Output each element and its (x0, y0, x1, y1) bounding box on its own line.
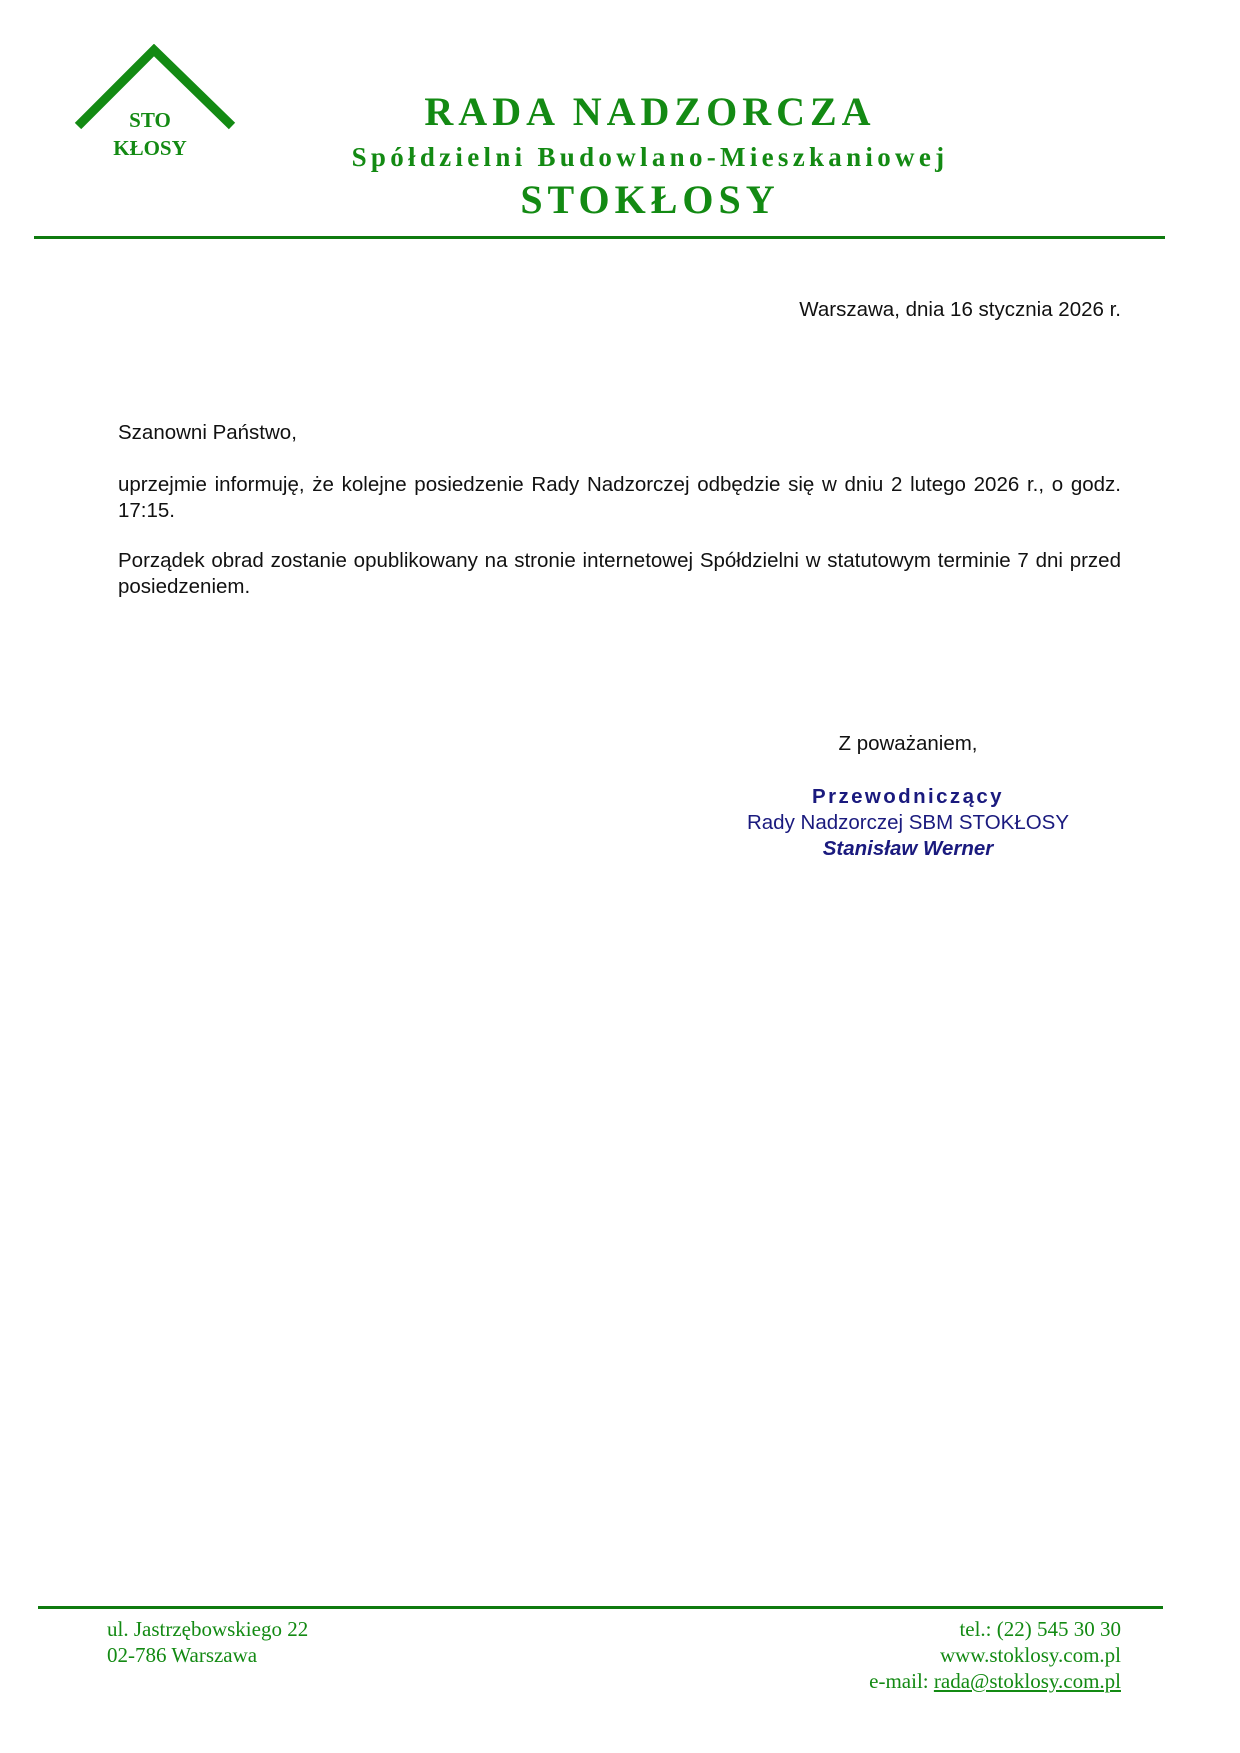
footer-email-label: e-mail: (869, 1669, 934, 1693)
header-divider (34, 236, 1165, 239)
footer-address-street: ul. Jastrzębowskiego 22 (107, 1616, 308, 1642)
letter-page: STO KŁOSY RADA NADZORCZA Spółdzielni Bud… (0, 0, 1240, 1753)
header-subtitle: Spółdzielni Budowlano-Mieszkaniowej (0, 140, 1240, 174)
header-organization-name: STOKŁOSY (0, 176, 1240, 224)
footer-address-city: 02-786 Warszawa (107, 1642, 308, 1668)
footer-contact: tel.: (22) 545 30 30 www.stoklosy.com.pl… (869, 1616, 1121, 1694)
letter-paragraph-1: uprzejmie informuję, że kolejne posiedze… (118, 472, 1121, 524)
footer-email-link[interactable]: rada@stoklosy.com.pl (934, 1669, 1121, 1693)
letter-closing: Z poważaniem, (728, 731, 1088, 757)
signature-organization: Rady Nadzorczej SBM STOKŁOSY (708, 810, 1108, 836)
footer-website: www.stoklosy.com.pl (869, 1642, 1121, 1668)
footer-divider (38, 1606, 1163, 1609)
letter-date: Warszawa, dnia 16 stycznia 2026 r. (799, 297, 1121, 323)
footer-phone: tel.: (22) 545 30 30 (869, 1616, 1121, 1642)
signature-role: Przewodniczący (708, 784, 1108, 810)
footer-email-row: e-mail: rada@stoklosy.com.pl (869, 1668, 1121, 1694)
letter-salutation: Szanowni Państwo, (118, 420, 297, 446)
header-title: RADA NADZORCZA (0, 88, 1240, 136)
signature-name: Stanisław Werner (708, 836, 1108, 862)
letter-paragraph-2: Porządek obrad zostanie opublikowany na … (118, 548, 1121, 600)
footer-address: ul. Jastrzębowskiego 22 02-786 Warszawa (107, 1616, 308, 1668)
